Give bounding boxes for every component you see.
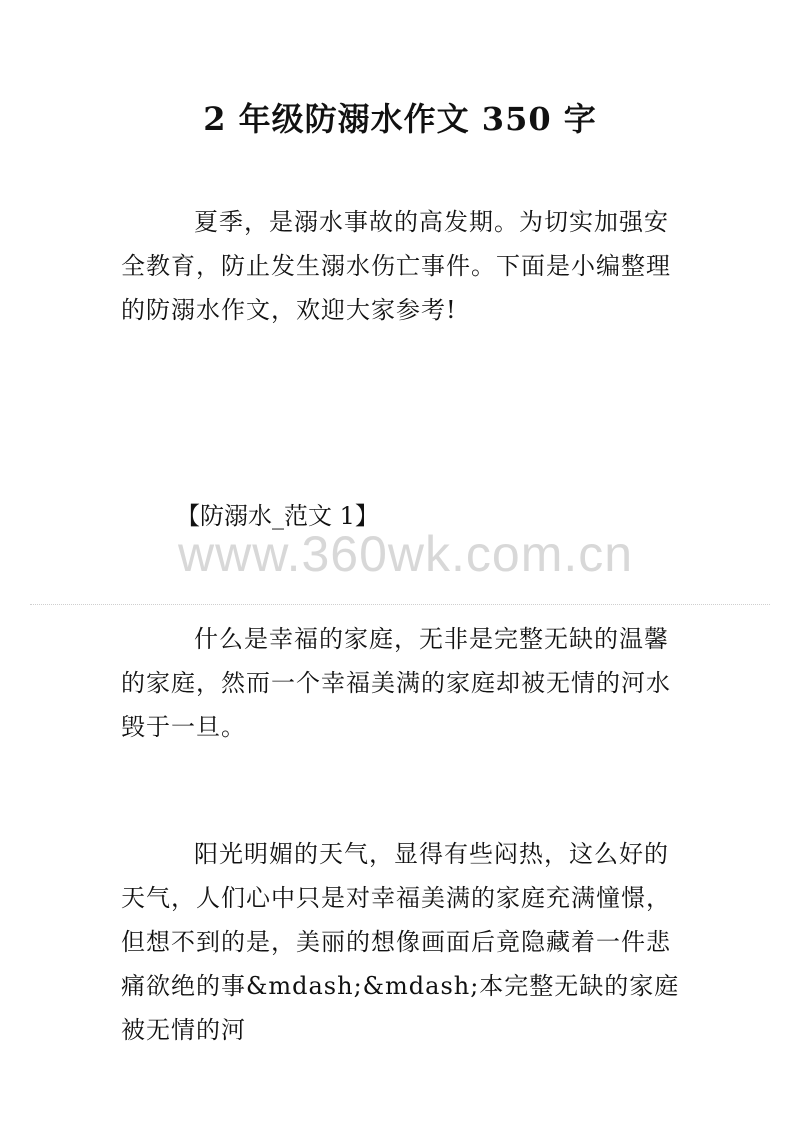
intro-paragraph: 夏季，是溺水事故的高发期。为切实加强安全教育，防止发生溺水伤亡事件。下面是小编整… bbox=[121, 200, 689, 332]
watermark: www.360wk.com.cn bbox=[178, 526, 633, 582]
page-separator bbox=[30, 604, 770, 605]
body-paragraph-1: 什么是幸福的家庭，无非是完整无缺的温馨的家庭，然而一个幸福美满的家庭却被无情的河… bbox=[121, 617, 689, 749]
body-paragraph-2: 阳光明媚的天气，显得有些闷热，这么好的天气，人们心中只是对幸福美满的家庭充满憧憬… bbox=[121, 832, 689, 1052]
document-title: 2 年级防溺水作文 350 字 bbox=[0, 97, 800, 141]
